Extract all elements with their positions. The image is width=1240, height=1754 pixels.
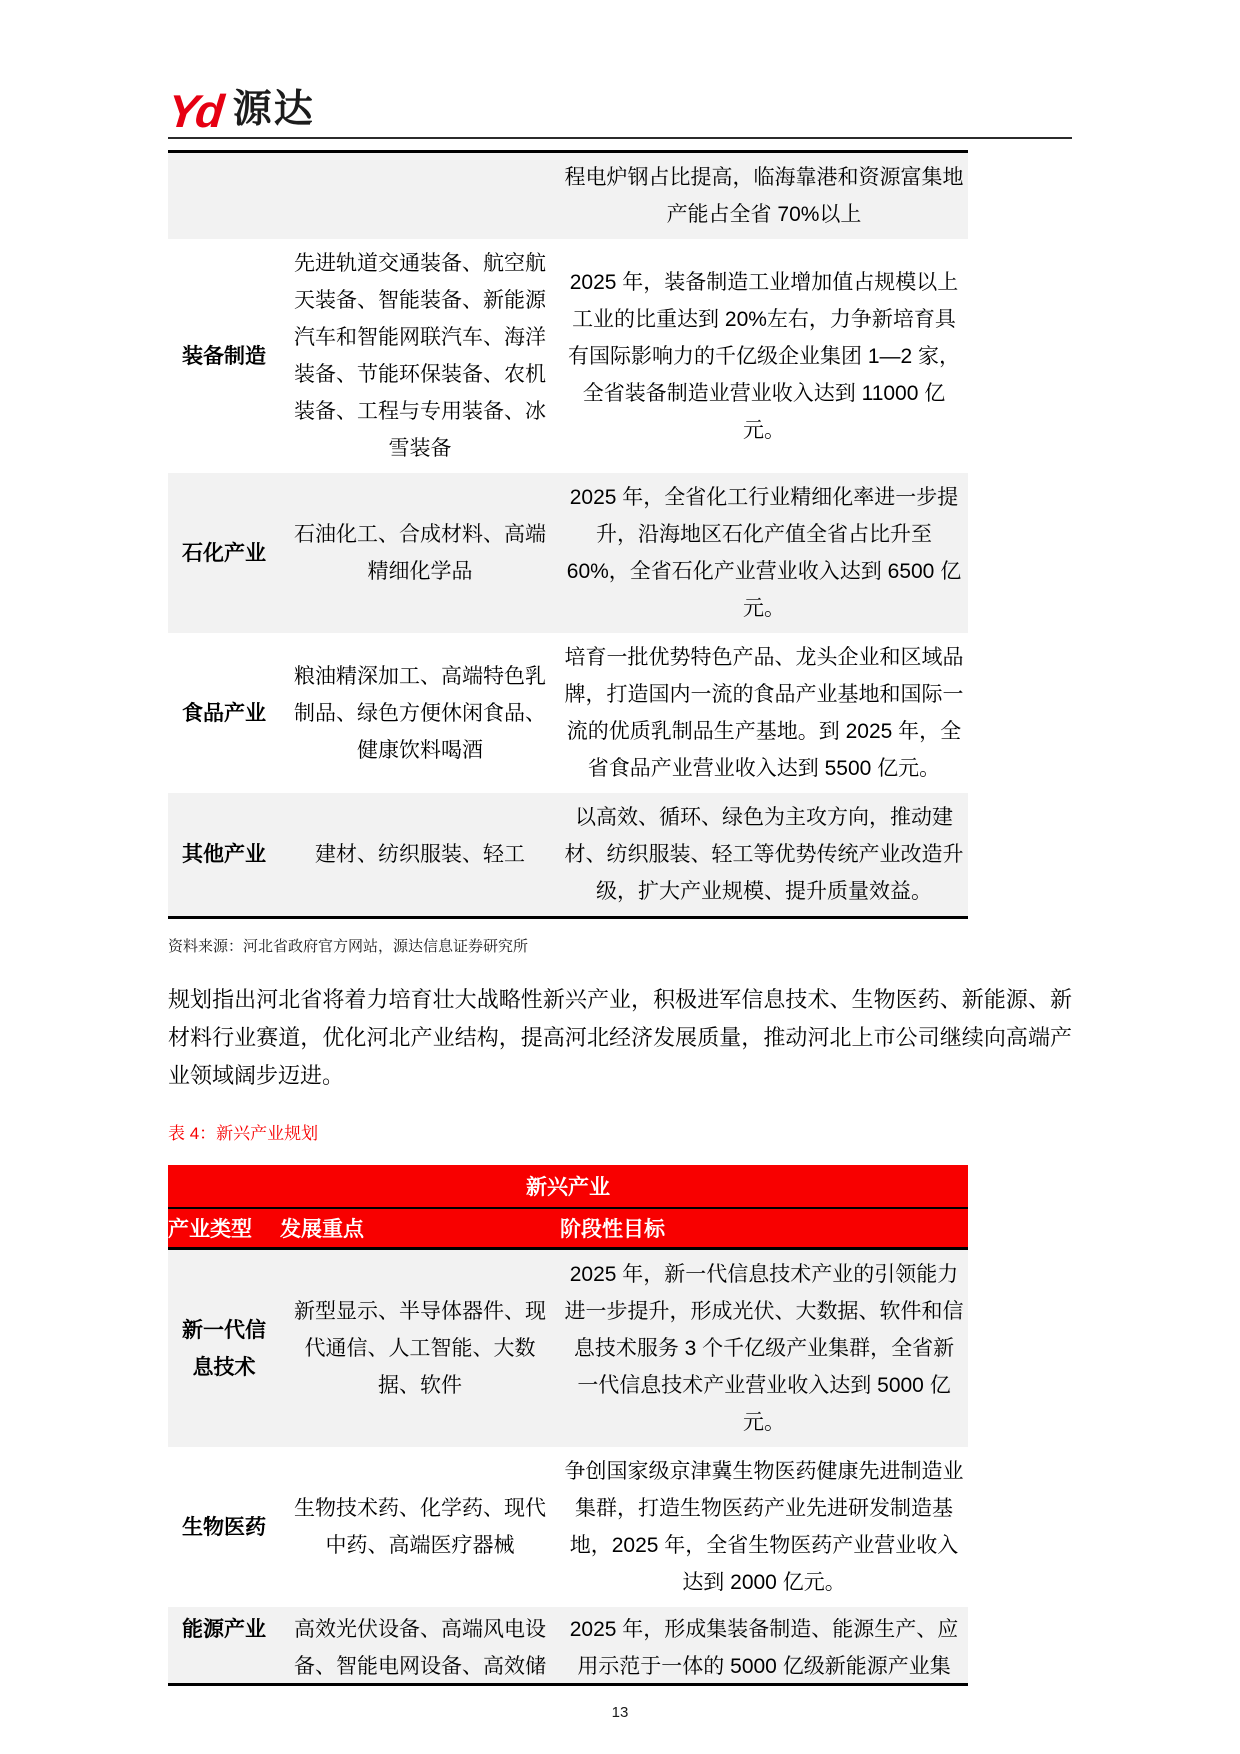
table4-caption: 表 4：新兴产业规划 (168, 1123, 1072, 1145)
industry-type-text: 能源产业 (172, 1611, 276, 1683)
industry-type-cell: 生物医药 (168, 1447, 280, 1607)
table-row-other: 其他产业 建材、纺织服装、轻工 以高效、循环、绿色为主攻方向，推动建材、纺织服装… (168, 793, 968, 918)
focus-cell: 粮油精深加工、高端特色乳制品、绿色方便休闲食品、健康饮料喝酒 (280, 633, 560, 793)
table-title: 新兴产业 (168, 1165, 968, 1208)
focus-cell: 高效光伏设备、高端风电设备、智能电网设备、高效储能 (280, 1607, 560, 1685)
report-page: Yd 源达 程电炉钢占比提高，临海靠港和资源富集地产能占全省 70%以上 装备制… (0, 0, 1240, 1754)
table-row-biomedicine: 生物医药 生物技术药、化学药、现代中药、高端医疗器械 争创国家级京津冀生物医药健… (168, 1447, 968, 1607)
focus-cell: 石油化工、合成材料、高端精细化学品 (280, 473, 560, 633)
focus-cell: 建材、纺织服装、轻工 (280, 793, 560, 918)
goal-cell: 2025 年，新一代信息技术产业的引领能力进一步提升，形成光伏、大数据、软件和信… (560, 1249, 968, 1448)
emerging-industry-table: 新兴产业 产业类型 发展重点 阶段性目标 新一代信息技术 新型显示、半导体器件、… (168, 1165, 968, 1686)
goal-cell: 争创国家级京津冀生物医药健康先进制造业集群，打造生物医药产业先进研发制造基地，2… (560, 1447, 968, 1607)
industry-type-cell: 能源产业 (168, 1607, 280, 1685)
table-row-next-gen-it: 新一代信息技术 新型显示、半导体器件、现代通信、人工智能、大数据、软件 2025… (168, 1249, 968, 1448)
table-row-equipment: 装备制造 先进轨道交通装备、航空航天装备、智能装备、新能源汽车和智能网联汽车、海… (168, 239, 968, 473)
goal-cell: 2025 年，形成集装备制造、能源生产、应用示范于一体的 5000 亿级新能源产… (560, 1607, 968, 1685)
table-header-row: 产业类型 发展重点 阶段性目标 (168, 1208, 968, 1249)
goal-cell: 2025 年，全省化工行业精细化率进一步提升，沿海地区石化产值全省占比升至 60… (560, 473, 968, 633)
goal-cell: 培育一批优势特色产品、龙头企业和区域品牌，打造国内一流的食品产业基地和国际一流的… (560, 633, 968, 793)
industry-type-cell: 石化产业 (168, 473, 280, 633)
logo-company-name: 源达 (233, 89, 315, 131)
industry-type-cell (168, 152, 280, 240)
column-header-goal: 阶段性目标 (560, 1208, 968, 1249)
focus-cell (280, 152, 560, 240)
industry-type-cell: 食品产业 (168, 633, 280, 793)
goal-cell: 2025 年，装备制造工业增加值占规模以上工业的比重达到 20%左右，力争新培育… (560, 239, 968, 473)
source-note: 资料来源：河北省政府官方网站，源达信息证券研究所 (168, 937, 1072, 957)
focus-cell: 先进轨道交通装备、航空航天装备、智能装备、新能源汽车和智能网联汽车、海洋装备、节… (280, 239, 560, 473)
body-paragraph: 规划指出河北省将着力培育壮大战略性新兴产业，积极进军信息技术、生物医药、新能源、… (168, 981, 1072, 1095)
focus-cell: 生物技术药、化学药、现代中药、高端医疗器械 (280, 1447, 560, 1607)
page-number: 13 (168, 1704, 1072, 1721)
goal-cell: 程电炉钢占比提高，临海靠港和资源富集地产能占全省 70%以上 (560, 152, 968, 240)
goal-cell: 以高效、循环、绿色为主攻方向，推动建材、纺织服装、轻工等优势传统产业改造升级，扩… (560, 793, 968, 918)
focus-text: 高效光伏设备、高端风电设备、智能电网设备、高效储能 (284, 1611, 556, 1683)
traditional-industry-table: 程电炉钢占比提高，临海靠港和资源富集地产能占全省 70%以上 装备制造 先进轨道… (168, 150, 968, 919)
logo-yd-mark: Yd (166, 91, 223, 131)
report-logo: Yd 源达 (168, 85, 1072, 131)
goal-text: 2025 年，形成集装备制造、能源生产、应用示范于一体的 5000 亿级新能源产… (564, 1611, 964, 1683)
table-row-continuation: 程电炉钢占比提高，临海靠港和资源富集地产能占全省 70%以上 (168, 152, 968, 240)
header-divider (168, 137, 1072, 139)
industry-type-cell: 装备制造 (168, 239, 280, 473)
table-row-food: 食品产业 粮油精深加工、高端特色乳制品、绿色方便休闲食品、健康饮料喝酒 培育一批… (168, 633, 968, 793)
table-title-row: 新兴产业 (168, 1165, 968, 1208)
industry-type-cell: 新一代信息技术 (168, 1249, 280, 1448)
column-header-type: 产业类型 (168, 1208, 280, 1249)
focus-cell: 新型显示、半导体器件、现代通信、人工智能、大数据、软件 (280, 1249, 560, 1448)
table-row-petrochemical: 石化产业 石油化工、合成材料、高端精细化学品 2025 年，全省化工行业精细化率… (168, 473, 968, 633)
industry-type-cell: 其他产业 (168, 793, 280, 918)
table-row-energy: 能源产业 高效光伏设备、高端风电设备、智能电网设备、高效储能 2025 年，形成… (168, 1607, 968, 1685)
column-header-focus: 发展重点 (280, 1208, 560, 1249)
